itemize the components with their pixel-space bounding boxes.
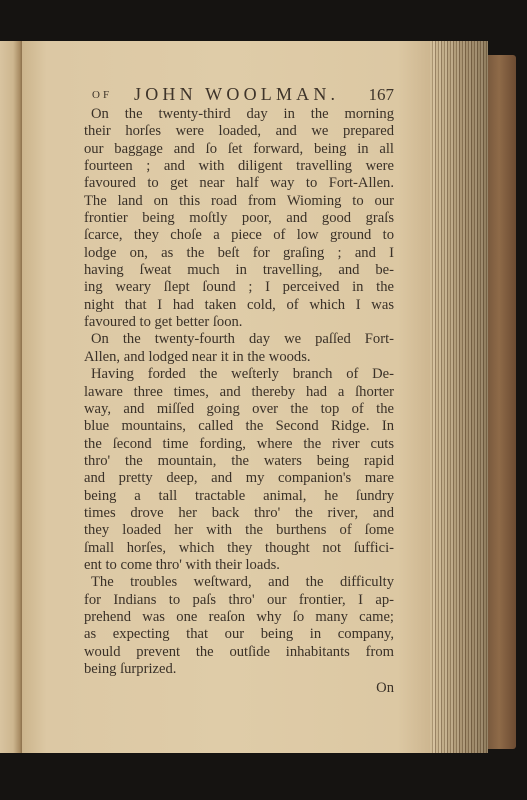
text-line: our baggage and ſo ſet forward, being in…: [84, 141, 394, 158]
text-line: frontier being moſtly poor, and good gra…: [84, 210, 394, 227]
text-line: favoured to get near half way to Fort-Al…: [84, 175, 394, 192]
text-line: and pretty deep, and my companion's mare: [84, 470, 394, 487]
running-head-prefix: OF: [92, 89, 112, 101]
text-line: being a tall tractable animal, he ſundry: [84, 488, 394, 505]
text-line: ſmall horſes, which they thought not ſuf…: [84, 540, 394, 557]
text-line: the ſecond time fording, where the river…: [84, 436, 394, 453]
text-line: blue mountains, called the Second Ridge.…: [84, 418, 394, 435]
text-line: times drove her back thro' the river, an…: [84, 505, 394, 522]
text-line: The troubles weſtward, and the difficult…: [84, 574, 394, 591]
page-fore-edge-shadow: [430, 41, 488, 753]
text-line: thro' the mountain, the waters being rap…: [84, 453, 394, 470]
text-line: On the twenty-fourth day we paſſed Fort-: [84, 331, 394, 348]
running-head: OF JOHN WOOLMAN. 167: [84, 84, 394, 106]
text-line: their horſes were loaded, and we prepare…: [84, 123, 394, 140]
text-line: favoured to get better ſoon.: [84, 314, 394, 331]
facing-page-edge: [0, 41, 22, 753]
body-text: On the twenty-third day in the morningth…: [84, 106, 394, 678]
text-line: laware three times, and thereby had a ſh…: [84, 384, 394, 401]
text-line: On the twenty-third day in the morning: [84, 106, 394, 123]
text-line: way, and miſſed going over the top of th…: [84, 401, 394, 418]
text-line: having ſweat much in travelling, and be-: [84, 262, 394, 279]
text-line: Having forded the weſterly branch of De-: [84, 366, 394, 383]
text-line: lodge on, as the beſt for graſing ; and …: [84, 245, 394, 262]
text-line: prehend was one reaſon why ſo many came;: [84, 609, 394, 626]
page-number: 167: [369, 85, 395, 105]
running-head-title: JOHN WOOLMAN.: [134, 84, 339, 105]
text-line: fourteen ; and with diligent travelling …: [84, 158, 394, 175]
text-line: Allen, and lodged near it in the woods.: [84, 349, 394, 366]
text-line: for Indians to paſs thro' our frontier, …: [84, 592, 394, 609]
text-line: night that I had taken cold, of which I …: [84, 297, 394, 314]
text-line: ſcarce, they choſe a piece of low ground…: [84, 227, 394, 244]
book-cover-edge: [488, 55, 516, 749]
text-block: OF JOHN WOOLMAN. 167 On the twenty-third…: [84, 84, 394, 698]
text-line: The land on this road from Wioming to ou…: [84, 193, 394, 210]
text-line: would prevent the outſide inhabitants fr…: [84, 644, 394, 661]
text-line: they loaded her with the burthens of ſom…: [84, 522, 394, 539]
catchword: On: [84, 680, 394, 697]
text-line: as expecting that our being in company,: [84, 626, 394, 643]
text-line: ent to come thro' with their loads.: [84, 557, 394, 574]
text-line: being ſurprized.: [84, 661, 394, 678]
text-line: ing weary ſlept ſound ; I perceived in t…: [84, 279, 394, 296]
